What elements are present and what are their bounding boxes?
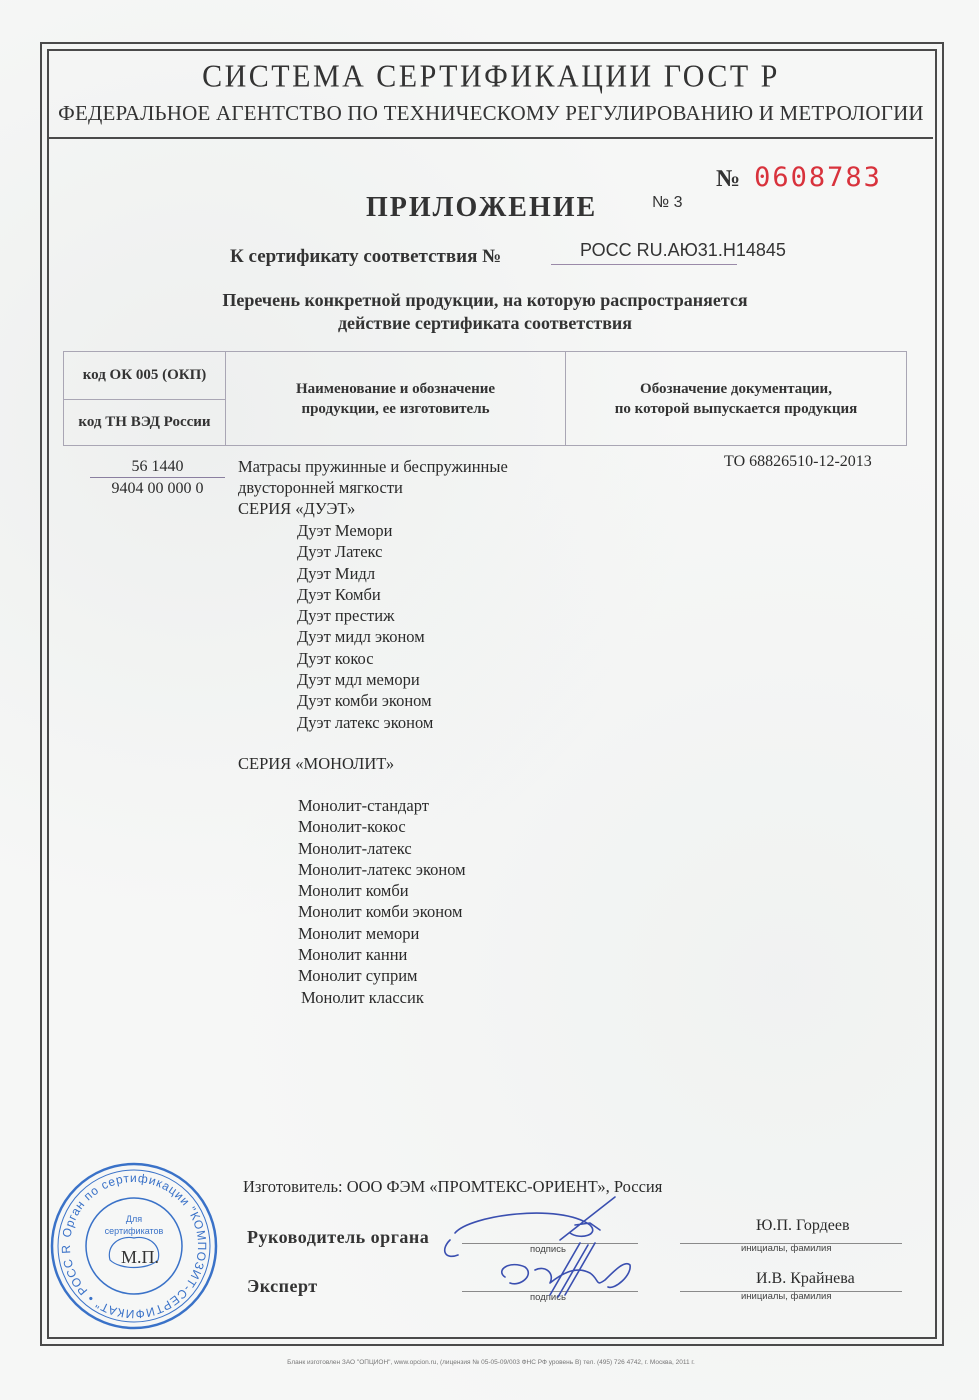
list-item: Дуэт Мидл	[297, 563, 433, 584]
certificate-number: РОСС RU.АЮ31.Н14845	[580, 240, 786, 261]
list-item: Дуэт кокос	[297, 648, 433, 669]
product-description-line: двусторонней мягкости	[238, 477, 508, 498]
certification-stamp-icon: Орган по сертификации "КОМПОЗИТ-СЕРТИФИК…	[48, 1160, 220, 1332]
form-printer-footer: Бланк изготовлен ЗАО "ОПЦИОН", www.opcio…	[49, 1359, 933, 1366]
stamp-inner-text-1: Для	[126, 1214, 142, 1224]
list-item: Монолит комби эконом	[298, 901, 466, 922]
code-okp-value: 56 1440	[90, 458, 225, 476]
list-item: Монолит-латекс эконом	[298, 859, 466, 880]
header-product-line-1: Наименование и обозначение	[296, 379, 495, 399]
list-item: Монолит-латекс	[298, 838, 466, 859]
header-divider	[49, 137, 933, 139]
list-item: Дуэт Мемори	[297, 520, 433, 541]
list-item: Дуэт мдл мемори	[297, 669, 433, 690]
head-name-caption: инициалы, фамилия	[741, 1243, 831, 1254]
header-product: Наименование и обозначение продукции, ее…	[226, 352, 566, 445]
header-code-tnved: код ТН ВЭД России	[64, 400, 225, 445]
form-serial: №0608783	[716, 162, 882, 193]
expert-name-caption: инициалы, фамилия	[741, 1291, 831, 1302]
documentation-reference: ТО 68826510-12-2013	[724, 453, 872, 471]
document-inner-border	[47, 49, 937, 1339]
header-code-okp: код ОК 005 (ОКП)	[64, 352, 225, 400]
products-table-header: код ОК 005 (ОКП) код ТН ВЭД России Наиме…	[63, 351, 907, 446]
header-documentation-line-1: Обозначение документации,	[615, 379, 858, 399]
header-product-line-2: продукции, ее изготовитель	[296, 399, 495, 419]
code-fraction-line	[90, 477, 225, 478]
list-item: Монолит канни	[298, 944, 466, 965]
svg-text:Орган по сертификации "КОМПОЗИ: Орган по сертификации "КОМПОЗИТ-СЕРТИФИК…	[48, 1160, 209, 1321]
list-item: Монолит суприм	[298, 965, 466, 986]
list-item: Монолит классик	[298, 987, 466, 1008]
list-item: Дуэт мидл эконом	[297, 626, 433, 647]
manufacturer: Изготовитель: ООО ФЭМ «ПРОМТЕКС-ОРИЕНТ»,…	[243, 1177, 662, 1197]
header-documentation: Обозначение документации, по которой вып…	[566, 352, 906, 445]
head-of-body-label: Руководитель органа	[247, 1227, 429, 1248]
series-duet-list: Дуэт Мемори Дуэт Латекс Дуэт Мидл Дуэт К…	[297, 520, 433, 733]
list-item: Монолит-стандарт	[298, 795, 466, 816]
header-documentation-line-2: по которой выпускается продукция	[615, 399, 858, 419]
list-title: Перечень конкретной продукции, на котору…	[60, 289, 910, 335]
seal-mark: М.П.	[121, 1247, 159, 1268]
list-item: Монолит мемори	[298, 923, 466, 944]
list-item: Дуэт престиж	[297, 605, 433, 626]
stamp-outer-text: Орган по сертификации "КОМПОЗИТ-СЕРТИФИК…	[48, 1160, 209, 1321]
list-item: Дуэт комби эконом	[297, 690, 433, 711]
product-description-line: Матрасы пружинные и беспружинные	[238, 456, 508, 477]
list-item: Дуэт Латекс	[297, 541, 433, 562]
list-item: Монолит-кокос	[298, 816, 466, 837]
head-name: Ю.П. Гордеев	[756, 1217, 850, 1235]
system-title: СИСТЕМА СЕРТИФИКАЦИИ ГОСТ Р	[49, 59, 933, 95]
form-serial-number: 0608783	[754, 162, 882, 193]
product-description: Матрасы пружинные и беспружинные двустор…	[238, 456, 508, 499]
series-monolit-list: Монолит-стандарт Монолит-кокос Монолит-л…	[298, 795, 466, 1008]
stamp-inner-text-2: сертификатов	[105, 1226, 164, 1236]
appendix-number: № 3	[652, 194, 683, 212]
agency-title: ФЕДЕРАЛЬНОЕ АГЕНТСТВО ПО ТЕХНИЧЕСКОМУ РЕ…	[49, 101, 933, 126]
list-title-line-1: Перечень конкретной продукции, на котору…	[60, 289, 910, 312]
expert-name: И.В. Крайнева	[756, 1270, 855, 1288]
certificate-label: К сертификату соответствия №	[230, 246, 501, 268]
list-item: Дуэт Комби	[297, 584, 433, 605]
list-item: Монолит комби	[298, 880, 466, 901]
certificate-number-underline	[551, 264, 737, 265]
handwritten-signatures-icon	[440, 1195, 670, 1310]
series-title-monolit: СЕРИЯ «МОНОЛИТ»	[238, 753, 394, 774]
list-title-line-2: действие сертификата соответствия	[60, 312, 910, 335]
number-sign: №	[716, 166, 740, 192]
expert-label: Эксперт	[247, 1276, 318, 1297]
series-title-duet: СЕРИЯ «ДУЭТ»	[238, 498, 355, 519]
appendix-title: ПРИЛОЖЕНИЕ	[366, 192, 597, 224]
codes-column-header: код ОК 005 (ОКП) код ТН ВЭД России	[64, 352, 226, 445]
list-item: Дуэт латекс эконом	[297, 712, 433, 733]
code-tnved-value: 9404 00 000 0	[90, 480, 225, 498]
